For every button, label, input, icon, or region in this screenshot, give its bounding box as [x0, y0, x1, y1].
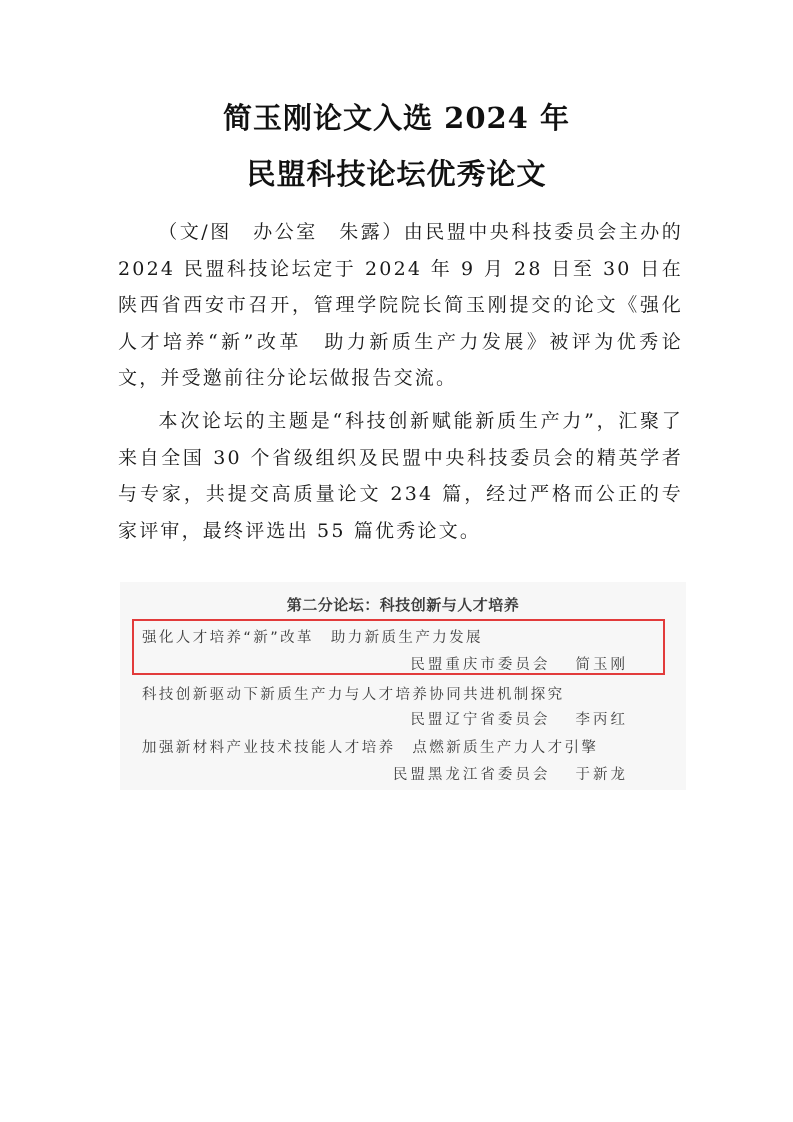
forum-heading: 第二分论坛：科技创新与人才培养: [120, 594, 686, 615]
document-title-line-1: 简玉刚论文入选 2024 年: [0, 96, 793, 137]
paragraph-1: （文/图 办公室 朱露）由民盟中央科技委员会主办的 2024 民盟科技论坛定于 …: [118, 214, 683, 397]
entry-author: 民盟黑龙江省委员会 于新龙: [393, 763, 628, 784]
paragraph-1-text: （文/图 办公室 朱露）由民盟中央科技委员会主办的 2024 民盟科技论坛定于 …: [118, 221, 683, 389]
paragraph-2-text: 本次论坛的主题是“科技创新赋能新质生产力”，汇聚了来自全国 30 个省级组织及民…: [118, 410, 683, 542]
entry-title: 强化人才培养“新”改革 助力新质生产力发展: [142, 626, 483, 647]
entry-title: 加强新材料产业技术技能人才培养 点燃新质生产力人才引擎: [142, 736, 598, 757]
document-title-line-2: 民盟科技论坛优秀论文: [0, 152, 793, 193]
entry-title: 科技创新驱动下新质生产力与人才培养协同共进机制探究: [142, 683, 565, 704]
forum-list-image: 第二分论坛：科技创新与人才培养 强化人才培养“新”改革 助力新质生产力发展 民盟…: [120, 582, 686, 790]
entry-author: 民盟重庆市委员会 简玉刚: [410, 653, 628, 674]
paragraph-2: 本次论坛的主题是“科技创新赋能新质生产力”，汇聚了来自全国 30 个省级组织及民…: [118, 403, 683, 549]
entry-author: 民盟辽宁省委员会 李丙红: [410, 708, 628, 729]
